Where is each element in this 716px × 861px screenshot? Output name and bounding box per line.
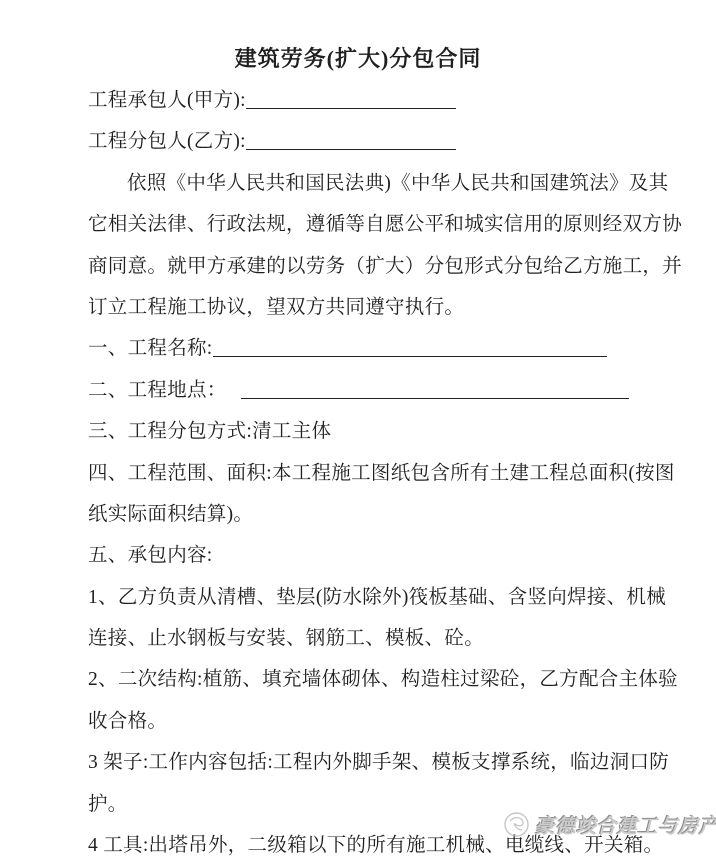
project-location-row: 二、工程地点： xyxy=(88,370,632,411)
clause-item-3-line-1: 3 架子:工作内容包括:工程内外脚手架、模板支撑系统，临边洞口防 xyxy=(88,742,632,783)
project-name-blank-field[interactable] xyxy=(213,337,607,358)
project-location-label: 二、工程地点： xyxy=(88,380,227,401)
clause-item-2-line-1: 2、二次结构:植筋、填充墙体砌体、构造柱过梁砼，乙方配合主体验 xyxy=(88,659,632,700)
preamble-line: 商同意。就甲方承建的以劳务（扩大）分包形式分包给乙方施工，并 xyxy=(88,246,632,287)
clause-subcontract-mode: 三、工程分包方式:清工主体 xyxy=(88,411,632,452)
contract-title: 建筑劳务(扩大)分包合同 xyxy=(0,42,716,73)
party-b-label: 工程分包人(乙方): xyxy=(88,131,246,152)
project-name-label: 一、工程名称: xyxy=(88,338,213,359)
clause-item-2-line-2: 收合格。 xyxy=(88,701,632,742)
party-a-row: 工程承包人(甲方): xyxy=(88,80,632,121)
preamble-line: 它相关法律、行政法规，遵循等自愿公平和城实信用的原则经双方协 xyxy=(88,204,632,245)
party-b-blank-field[interactable] xyxy=(246,130,456,151)
clause-scope-line-1: 四、工程范围、面积:本工程施工图纸包含所有土建工程总面积(按图 xyxy=(88,453,632,494)
clause-scope-line-2: 纸实际面积结算)。 xyxy=(88,494,632,535)
clause-item-1-line-2: 连接、止水钢板与安装、钢筋工、模板、砼。 xyxy=(88,618,632,659)
party-a-label: 工程承包人(甲方): xyxy=(88,90,246,111)
contract-document-page: 建筑劳务(扩大)分包合同 工程承包人(甲方): 工程分包人(乙方): 依照《中华… xyxy=(0,0,716,861)
contract-body: 工程承包人(甲方): 工程分包人(乙方): 依照《中华人民共和国民法典)《中华人… xyxy=(88,80,632,861)
project-name-row: 一、工程名称: xyxy=(88,328,632,369)
party-a-blank-field[interactable] xyxy=(246,89,456,110)
party-b-row: 工程分包人(乙方): xyxy=(88,121,632,162)
project-location-blank-field[interactable] xyxy=(241,378,629,399)
watermark-emblem-icon xyxy=(503,811,530,838)
preamble-line: 依照《中华人民共和国民法典)《中华人民共和国建筑法》及其 xyxy=(88,163,632,204)
clause-item-1-line-1: 1、乙方负责从清槽、垫层(防水除外)筏板基础、含竖向焊接、机械 xyxy=(88,577,632,618)
watermark: 豪德竣合建工与房产 xyxy=(503,810,716,839)
preamble-line: 订立工程施工协议，望双方共同遵守执行。 xyxy=(88,287,632,328)
watermark-text: 豪德竣合建工与房产 xyxy=(535,810,716,839)
clause-content-heading: 五、承包内容: xyxy=(88,535,632,576)
